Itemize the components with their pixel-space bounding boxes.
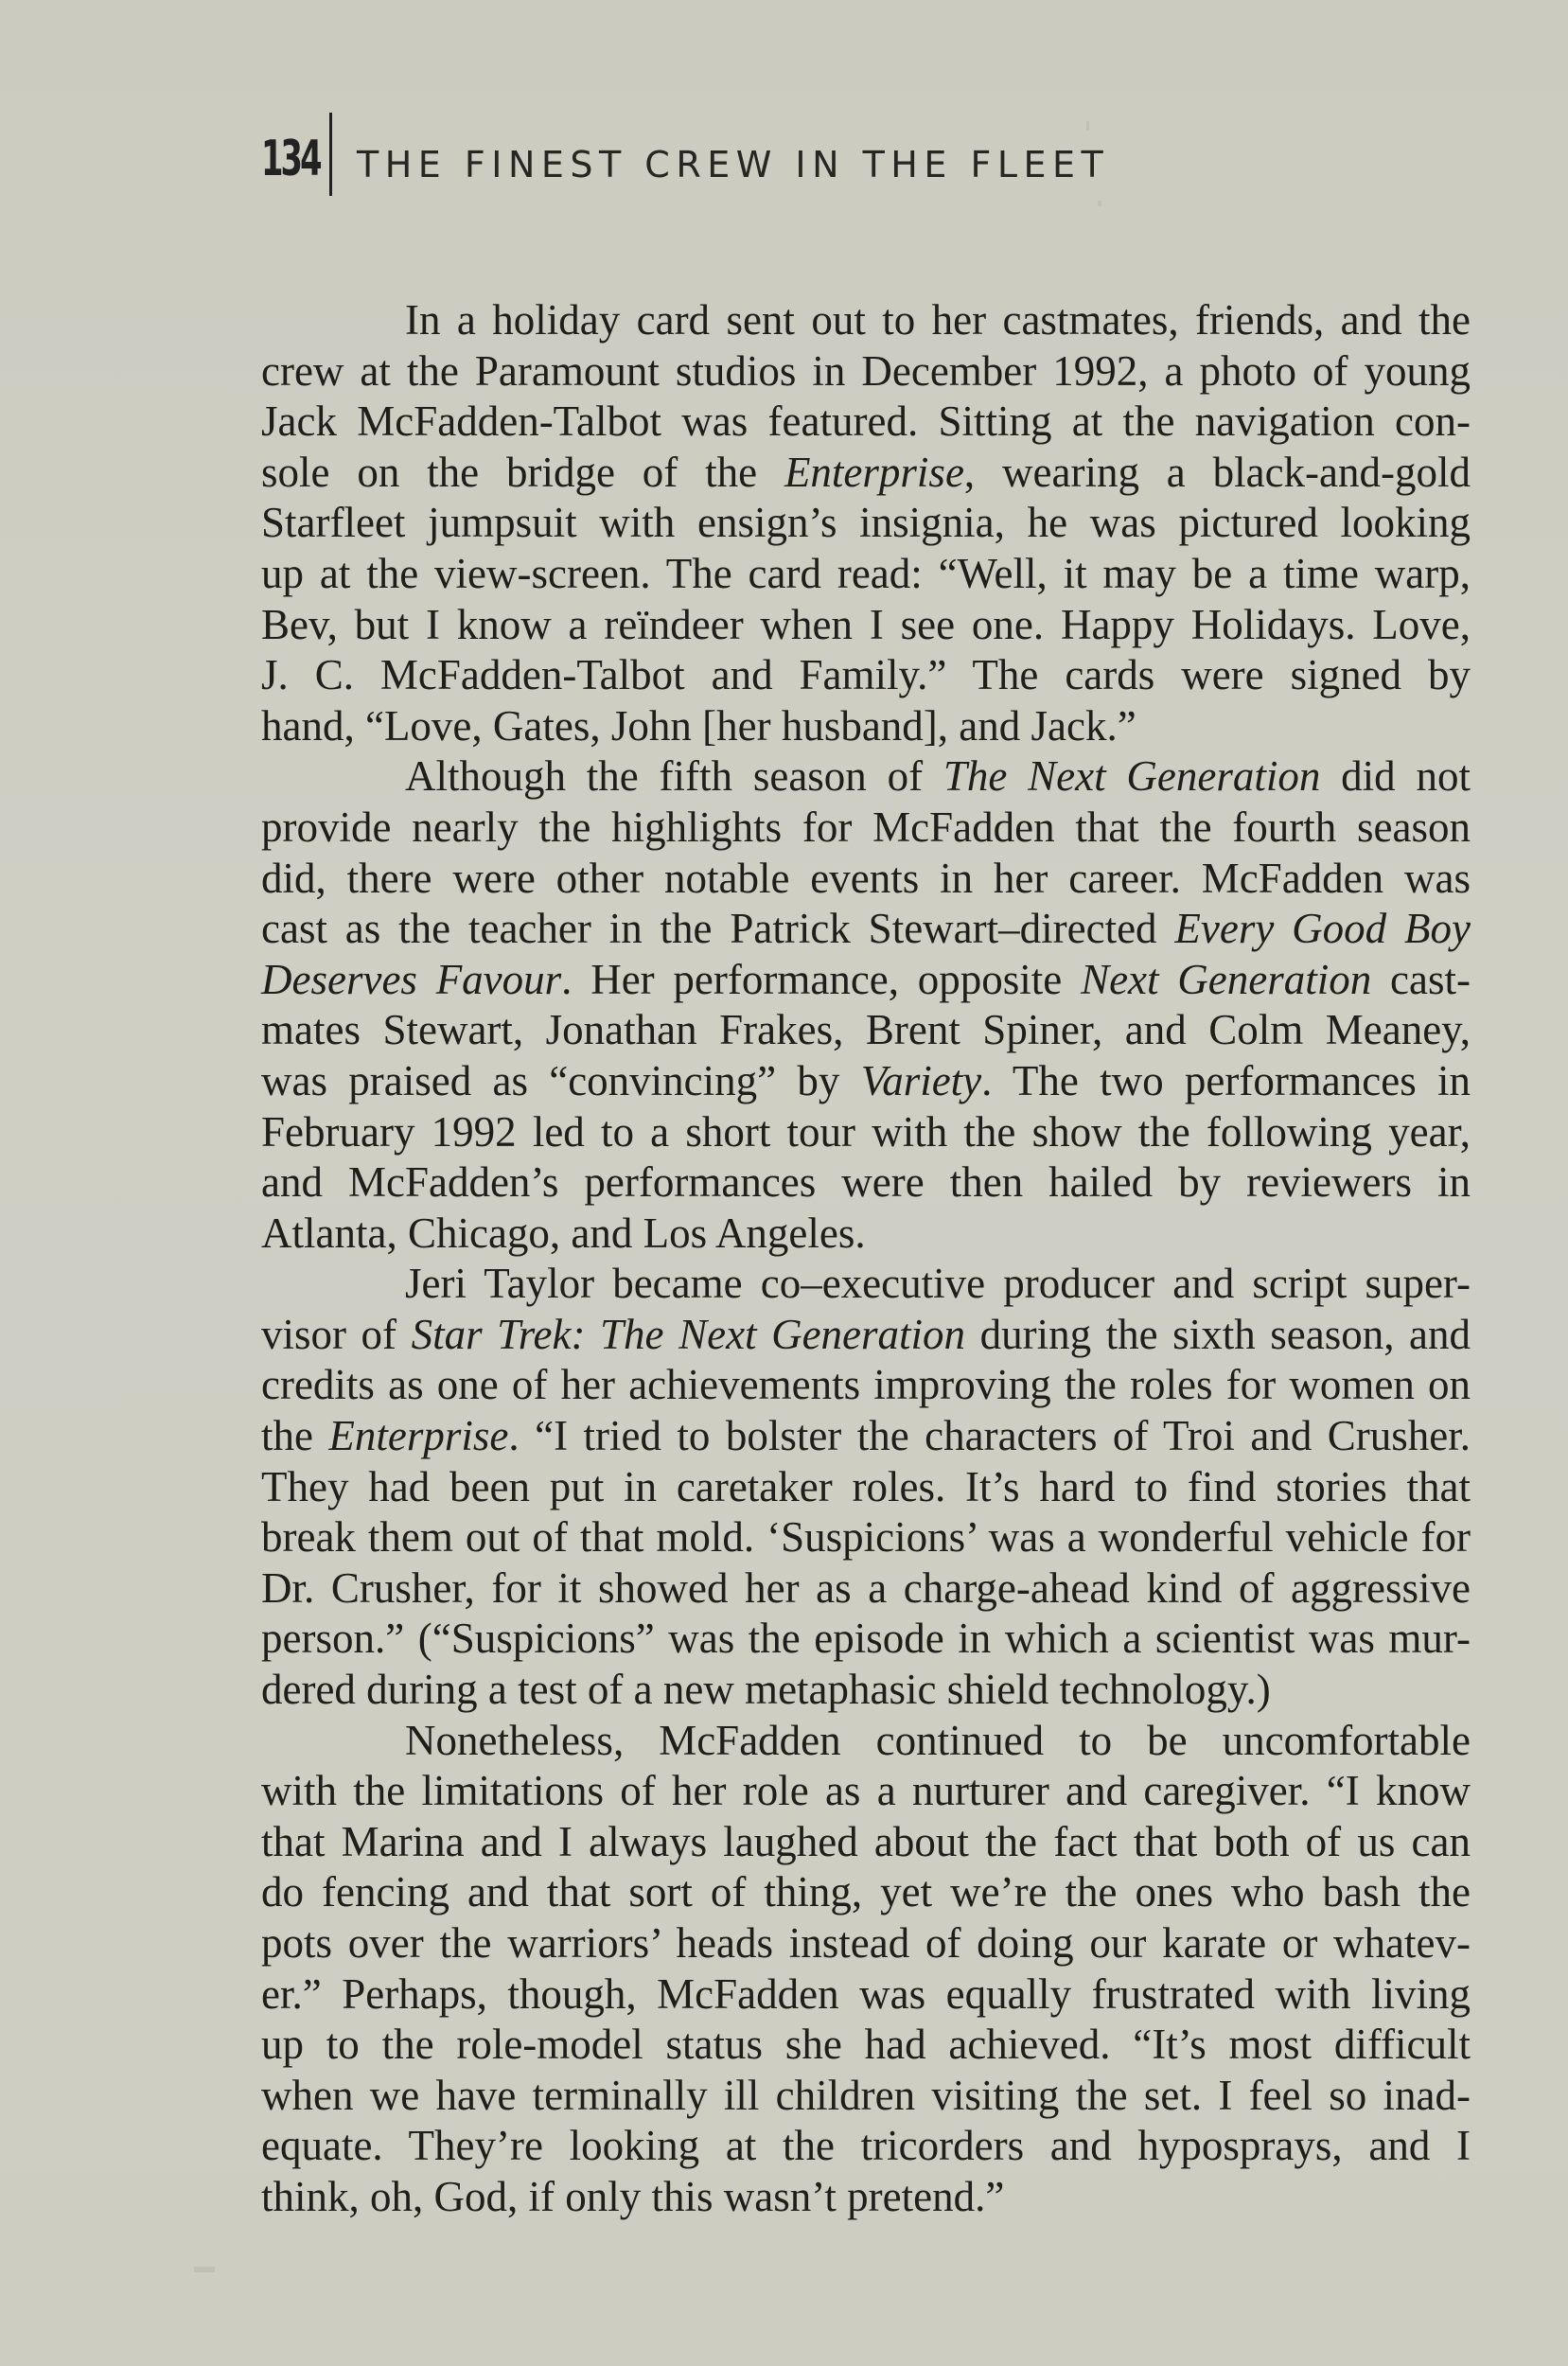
- text-line: when we have terminally ill children vis…: [261, 2071, 1471, 2122]
- text-line: They had been put in caretaker roles. It…: [261, 1462, 1471, 1513]
- header-divider: [329, 113, 332, 196]
- text-line: do fencing and that sort of thing, yet w…: [261, 1867, 1471, 1918]
- text-line: pots over the warriors’ heads instead of…: [261, 1918, 1471, 1969]
- italic-title: Enterprise: [784, 449, 964, 496]
- text-line: Bev, but I know a reïndeer when I see on…: [261, 600, 1471, 651]
- text-line: Although the fifth season of The Next Ge…: [261, 751, 1471, 803]
- text-line: with the limitations of her role as a nu…: [261, 1766, 1471, 1817]
- text-line: equate. They’re looking at the tricorder…: [261, 2121, 1471, 2172]
- running-title: THE FINEST CREW IN THE FLEET: [357, 144, 1109, 185]
- text-line: visor of Star Trek: The Next Generation …: [261, 1310, 1471, 1361]
- text-line: credits as one of her achievements impro…: [261, 1360, 1471, 1411]
- text-line: J. C. McFadden-Talbot and Family.” The c…: [261, 650, 1471, 701]
- paragraph: Nonetheless, McFadden continued to be un…: [261, 1716, 1471, 2223]
- text-line: Dr. Crusher, for it showed her as a char…: [261, 1563, 1471, 1615]
- paper-speck: [1086, 121, 1089, 131]
- text-line: provide nearly the highlights for McFadd…: [261, 803, 1471, 854]
- body-text: In a holiday card sent out to her castma…: [261, 295, 1471, 2223]
- text-line: er.” Perhaps, though, McFadden was equal…: [261, 1969, 1471, 2021]
- italic-title: Variety: [861, 1057, 981, 1104]
- text-line: Jeri Taylor became co–executive producer…: [261, 1259, 1471, 1310]
- text-line: the Enterprise. “I tried to bolster the …: [261, 1411, 1471, 1462]
- text-line: person.” (“Suspicions” was the episode i…: [261, 1614, 1471, 1665]
- italic-title: Enterprise: [328, 1412, 508, 1459]
- running-header: 134 THE FINEST CREW IN THE FLEET: [261, 112, 1109, 197]
- text-line: crew at the Paramount studios in Decembe…: [261, 346, 1471, 397]
- italic-title: Next Generation: [1081, 956, 1371, 1003]
- text-line: think, oh, God, if only this wasn’t pret…: [261, 2172, 1471, 2223]
- italic-title: The Next Generation: [943, 752, 1321, 800]
- text-line: Deserves Favour. Her performance, opposi…: [261, 955, 1471, 1006]
- text-line: Nonetheless, McFadden continued to be un…: [261, 1716, 1471, 1767]
- text-line: and McFadden’s performances were then ha…: [261, 1157, 1471, 1209]
- text-line: that Marina and I always laughed about t…: [261, 1817, 1471, 1868]
- text-line: In a holiday card sent out to her castma…: [261, 295, 1471, 346]
- text-line: cast as the teacher in the Patrick Stewa…: [261, 904, 1471, 955]
- text-line: did, there were other notable events in …: [261, 854, 1471, 905]
- text-line: break them out of that mold. ‘Suspicions…: [261, 1512, 1471, 1563]
- italic-title: Deserves Favour: [261, 956, 561, 1003]
- paper-speck: [194, 2267, 215, 2272]
- text-line: mates Stewart, Jonathan Frakes, Brent Sp…: [261, 1005, 1471, 1056]
- text-line: hand, “Love, Gates, John [her husband], …: [261, 701, 1471, 752]
- italic-title: Star Trek: The Next Generation: [412, 1311, 965, 1358]
- text-line: dered during a test of a new metaphasic …: [261, 1665, 1471, 1716]
- text-line: Atlanta, Chicago, and Los Angeles.: [261, 1209, 1471, 1260]
- text-line: Starfleet jumpsuit with ensign’s insigni…: [261, 498, 1471, 549]
- text-line: up to the role-model status she had achi…: [261, 2020, 1471, 2071]
- text-line: Jack McFadden-Talbot was featured. Sitti…: [261, 397, 1471, 448]
- text-line: was praised as “convincing” by Variety. …: [261, 1056, 1471, 1107]
- text-line: sole on the bridge of the Enterprise, we…: [261, 448, 1471, 499]
- paragraph: Jeri Taylor became co–executive producer…: [261, 1259, 1471, 1715]
- page-number: 134: [261, 131, 296, 187]
- paper-speck: [1098, 201, 1101, 206]
- text-line: up at the view-screen. The card read: “W…: [261, 549, 1471, 600]
- paragraph: In a holiday card sent out to her castma…: [261, 295, 1471, 751]
- italic-title: Every Good Boy: [1174, 905, 1471, 952]
- paragraph: Although the fifth season of The Next Ge…: [261, 751, 1471, 1259]
- text-line: February 1992 led to a short tour with t…: [261, 1107, 1471, 1158]
